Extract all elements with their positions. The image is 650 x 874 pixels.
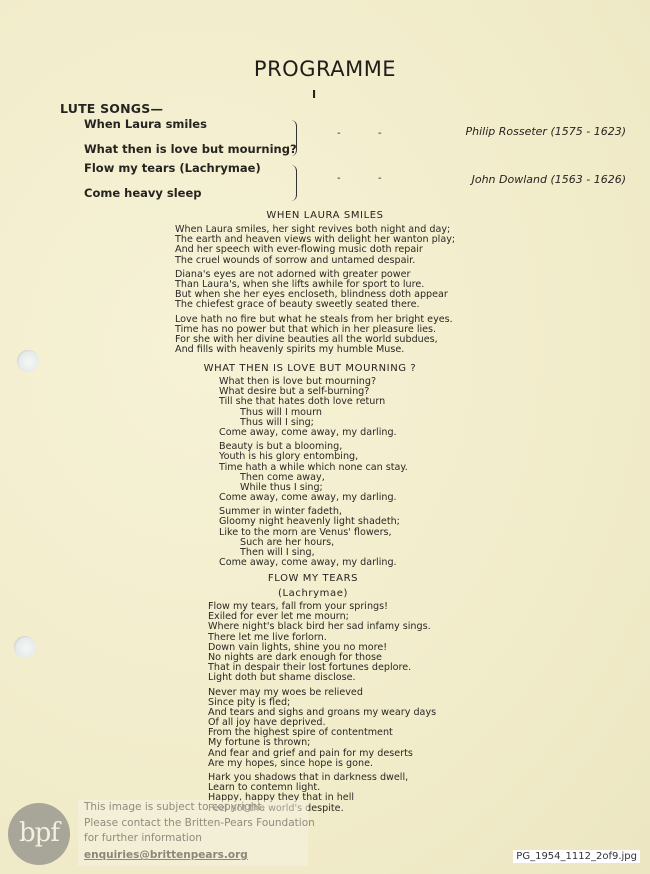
lyrics-when-laura-smiles: When Laura smiles, her sight revives bot…	[175, 225, 455, 359]
brace-group-1	[290, 120, 297, 156]
page-title: PROGRAMME	[0, 57, 650, 81]
dash-separator: -	[378, 128, 382, 139]
section-heading: LUTE SONGS—	[60, 101, 163, 116]
stanza: Beauty is but a blooming,Youth is his gl…	[219, 442, 408, 503]
watermark-copyright-line: This image is subject to copyright.	[84, 801, 265, 813]
stanza: Diana's eyes are not adorned with greate…	[175, 270, 455, 311]
stanza: What then is love but mourning?What desi…	[219, 377, 408, 438]
part-number: I	[0, 88, 628, 101]
song-title: What then is love but mourning?	[84, 142, 297, 156]
stanza: When Laura smiles, her sight revives bot…	[175, 225, 455, 266]
lyrics-what-then-is-love: What then is love but mourning?What desi…	[219, 377, 408, 572]
lyric-line: Come away, come away, my darling.	[219, 493, 408, 503]
lyric-line: The cruel wounds of sorrow and untamed d…	[175, 256, 455, 266]
lyrics-flow-my-tears: Flow my tears, fall from your springs!Ex…	[208, 602, 436, 818]
lyric-line: Come away, come away, my darling.	[219, 558, 408, 568]
lyrics-subtitle: (Lachrymae)	[0, 588, 626, 599]
watermark-contact-line: Please contact the Britten-Pears Foundat…	[84, 817, 315, 829]
stanza: Summer in winter fadeth,Gloomy night hea…	[219, 507, 408, 568]
composer-credit: Philip Rosseter (1575 - 1623)	[466, 125, 627, 138]
lyric-line: The chiefest grace of beauty sweetly sea…	[175, 300, 455, 310]
song-title: Come heavy sleep	[84, 186, 202, 200]
programme-page: PROGRAMME I LUTE SONGS— When Laura smile…	[0, 0, 650, 874]
dash-separator: -	[378, 173, 382, 184]
lyrics-title: FLOW MY TEARS	[0, 573, 626, 584]
dash-separator: -	[337, 173, 341, 184]
punch-hole-bottom	[14, 636, 36, 658]
stanza: Flow my tears, fall from your springs!Ex…	[208, 602, 436, 684]
stanza: Love hath no fire but what he steals fro…	[175, 315, 455, 356]
composer-credit: John Dowland (1563 - 1626)	[472, 173, 626, 186]
lyrics-title: WHAT THEN IS LOVE BUT MOURNING ?	[0, 363, 620, 374]
lyric-line: Come away, come away, my darling.	[219, 428, 408, 438]
filename-label: PG_1954_1112_2of9.jpg	[513, 850, 640, 863]
lyric-line: Are my hopes, since hope is gone.	[208, 759, 436, 769]
song-title: Flow my tears (Lachrymae)	[84, 161, 261, 175]
bpf-logo: bpf	[8, 803, 70, 865]
brace-group-2	[290, 165, 297, 201]
song-title: When Laura smiles	[84, 117, 207, 131]
lyric-line: And fills with heavenly spirits my humbl…	[175, 345, 455, 355]
lyric-line: Youth is his glory entombing,	[219, 452, 408, 462]
lyrics-title: WHEN LAURA SMILES	[0, 210, 650, 221]
dash-separator: -	[337, 128, 341, 139]
watermark-email-link[interactable]: enquiries@brittenpears.org	[84, 849, 248, 861]
stanza: Never may my woes be relievedSince pity …	[208, 688, 436, 770]
lyric-line: Light doth but shame disclose.	[208, 673, 436, 683]
watermark-info-line: for further information	[84, 832, 202, 844]
